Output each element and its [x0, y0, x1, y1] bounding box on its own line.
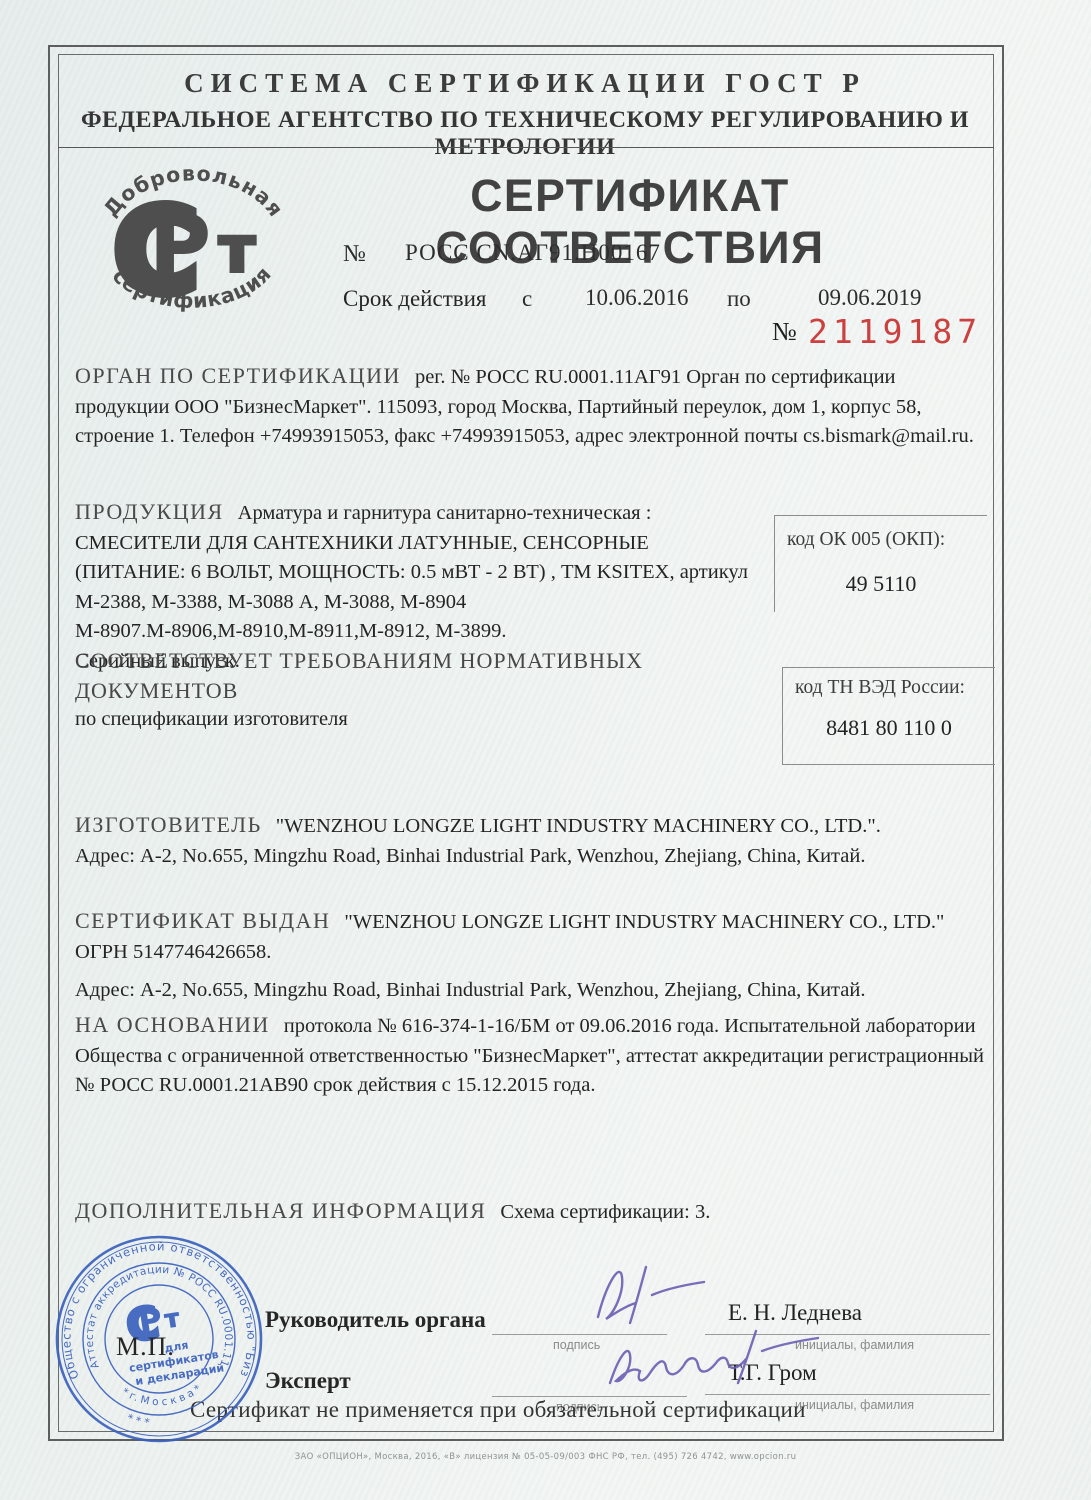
conformity-label: СООТВЕТСТВУЕТ ТРЕБОВАНИЯМ НОРМАТИВНЫХ ДО… [75, 646, 751, 705]
issued-to-name: "WENZHOU LONGZE LIGHT INDUSTRY MACHINERY… [344, 911, 944, 933]
printer-imprint: ЗАО «ОПЦИОН», Москва, 2016, «В» лицензия… [0, 1452, 1091, 1462]
validity-to-date: 09.06.2019 [818, 285, 922, 311]
expert-role: Эксперт [265, 1368, 351, 1394]
head-role: Руководитель органа [265, 1307, 486, 1333]
handwritten-signatures [480, 1255, 940, 1415]
okp-code-box: код ОК 005 (ОКП): 49 5110 [774, 515, 987, 612]
certification-body-label: ОРГАН ПО СЕРТИФИКАЦИИ [75, 363, 401, 388]
basis-label: НА ОСНОВАНИИ [75, 1012, 270, 1037]
manufacturer-address: Адрес: A-2, No.655, Mingzhu Road, Binhai… [75, 842, 987, 872]
logo-letter-r: Р [150, 199, 210, 294]
additional-info-text: Схема сертификации: 3. [500, 1201, 710, 1223]
number-sign: № [343, 241, 366, 268]
agency-title: ФЕДЕРАЛЬНОЕ АГЕНТСТВО ПО ТЕХНИЧЕСКОМУ РЕ… [51, 107, 1000, 161]
certificate-page: СИСТЕМА СЕРТИФИКАЦИИ ГОСТ Р ФЕДЕРАЛЬНОЕ … [0, 0, 1091, 1500]
blank-number-red: 2119187 [808, 312, 982, 351]
validity-to-label: по [727, 286, 751, 312]
production-label: ПРОДУКЦИЯ [75, 499, 224, 524]
validity-from-date: 10.06.2016 [585, 285, 689, 311]
additional-info-section: ДОПОЛНИТЕЛЬНАЯ ИНФОРМАЦИЯСхема сертифика… [75, 1196, 987, 1228]
issued-to-label: СЕРТИФИКАТ ВЫДАН [75, 908, 330, 933]
certification-body-section: ОРГАН ПО СЕРТИФИКАЦИИрег. № РОСС RU.0001… [75, 361, 980, 452]
blank-number-sign: № [772, 317, 797, 347]
tnved-code-value: 8481 80 110 0 [783, 715, 995, 741]
manufacturer-section: ИЗГОТОВИТЕЛЬ"WENZHOU LONGZE LIGHT INDUST… [75, 810, 987, 871]
manufacturer-label: ИЗГОТОВИТЕЛЬ [75, 812, 262, 837]
validity-from-label: с [522, 286, 532, 312]
tnved-code-label: код ТН ВЭД России: [783, 668, 995, 699]
okp-code-label: код ОК 005 (ОКП): [775, 516, 987, 555]
conformity-text: по спецификации изготовителя [75, 708, 348, 730]
logo-letter-t: т [219, 213, 255, 286]
additional-info-label: ДОПОЛНИТЕЛЬНАЯ ИНФОРМАЦИЯ [75, 1198, 486, 1223]
certification-system-title: СИСТЕМА СЕРТИФИКАЦИИ ГОСТ Р [60, 68, 990, 99]
header-divider [58, 147, 994, 148]
validity-label: Срок действия [343, 286, 487, 312]
conformity-section: СООТВЕТСТВУЕТ ТРЕБОВАНИЯМ НОРМАТИВНЫХ ДО… [75, 646, 765, 735]
manufacturer-name: "WENZHOU LONGZE LIGHT INDUSTRY MACHINERY… [276, 815, 881, 837]
issued-to-ogrn: ОГРН 5147746426658. [75, 938, 987, 968]
issued-to-section: СЕРТИФИКАТ ВЫДАН"WENZHOU LONGZE LIGHT IN… [75, 906, 987, 1006]
expert-signature-stroke [610, 1331, 818, 1383]
rst-voluntary-logo-icon: Добровольная сертификация С Р т [95, 158, 285, 330]
certificate-number: РОСС CN.АГ91.Н00167 [405, 240, 661, 266]
tnved-code-box: код ТН ВЭД России: 8481 80 110 0 [782, 667, 995, 765]
head-signature-stroke [598, 1267, 704, 1323]
basis-section: НА ОСНОВАНИИпротокола № 616-374-1-16/БМ … [75, 1010, 997, 1101]
stamp-logo-letter-t: т [163, 1304, 181, 1334]
stamp-place-mark: М.П. [116, 1332, 175, 1362]
okp-code-value: 49 5110 [775, 569, 987, 599]
issued-to-address: Адрес: A-2, No.655, Mingzhu Road, Binhai… [75, 976, 987, 1006]
